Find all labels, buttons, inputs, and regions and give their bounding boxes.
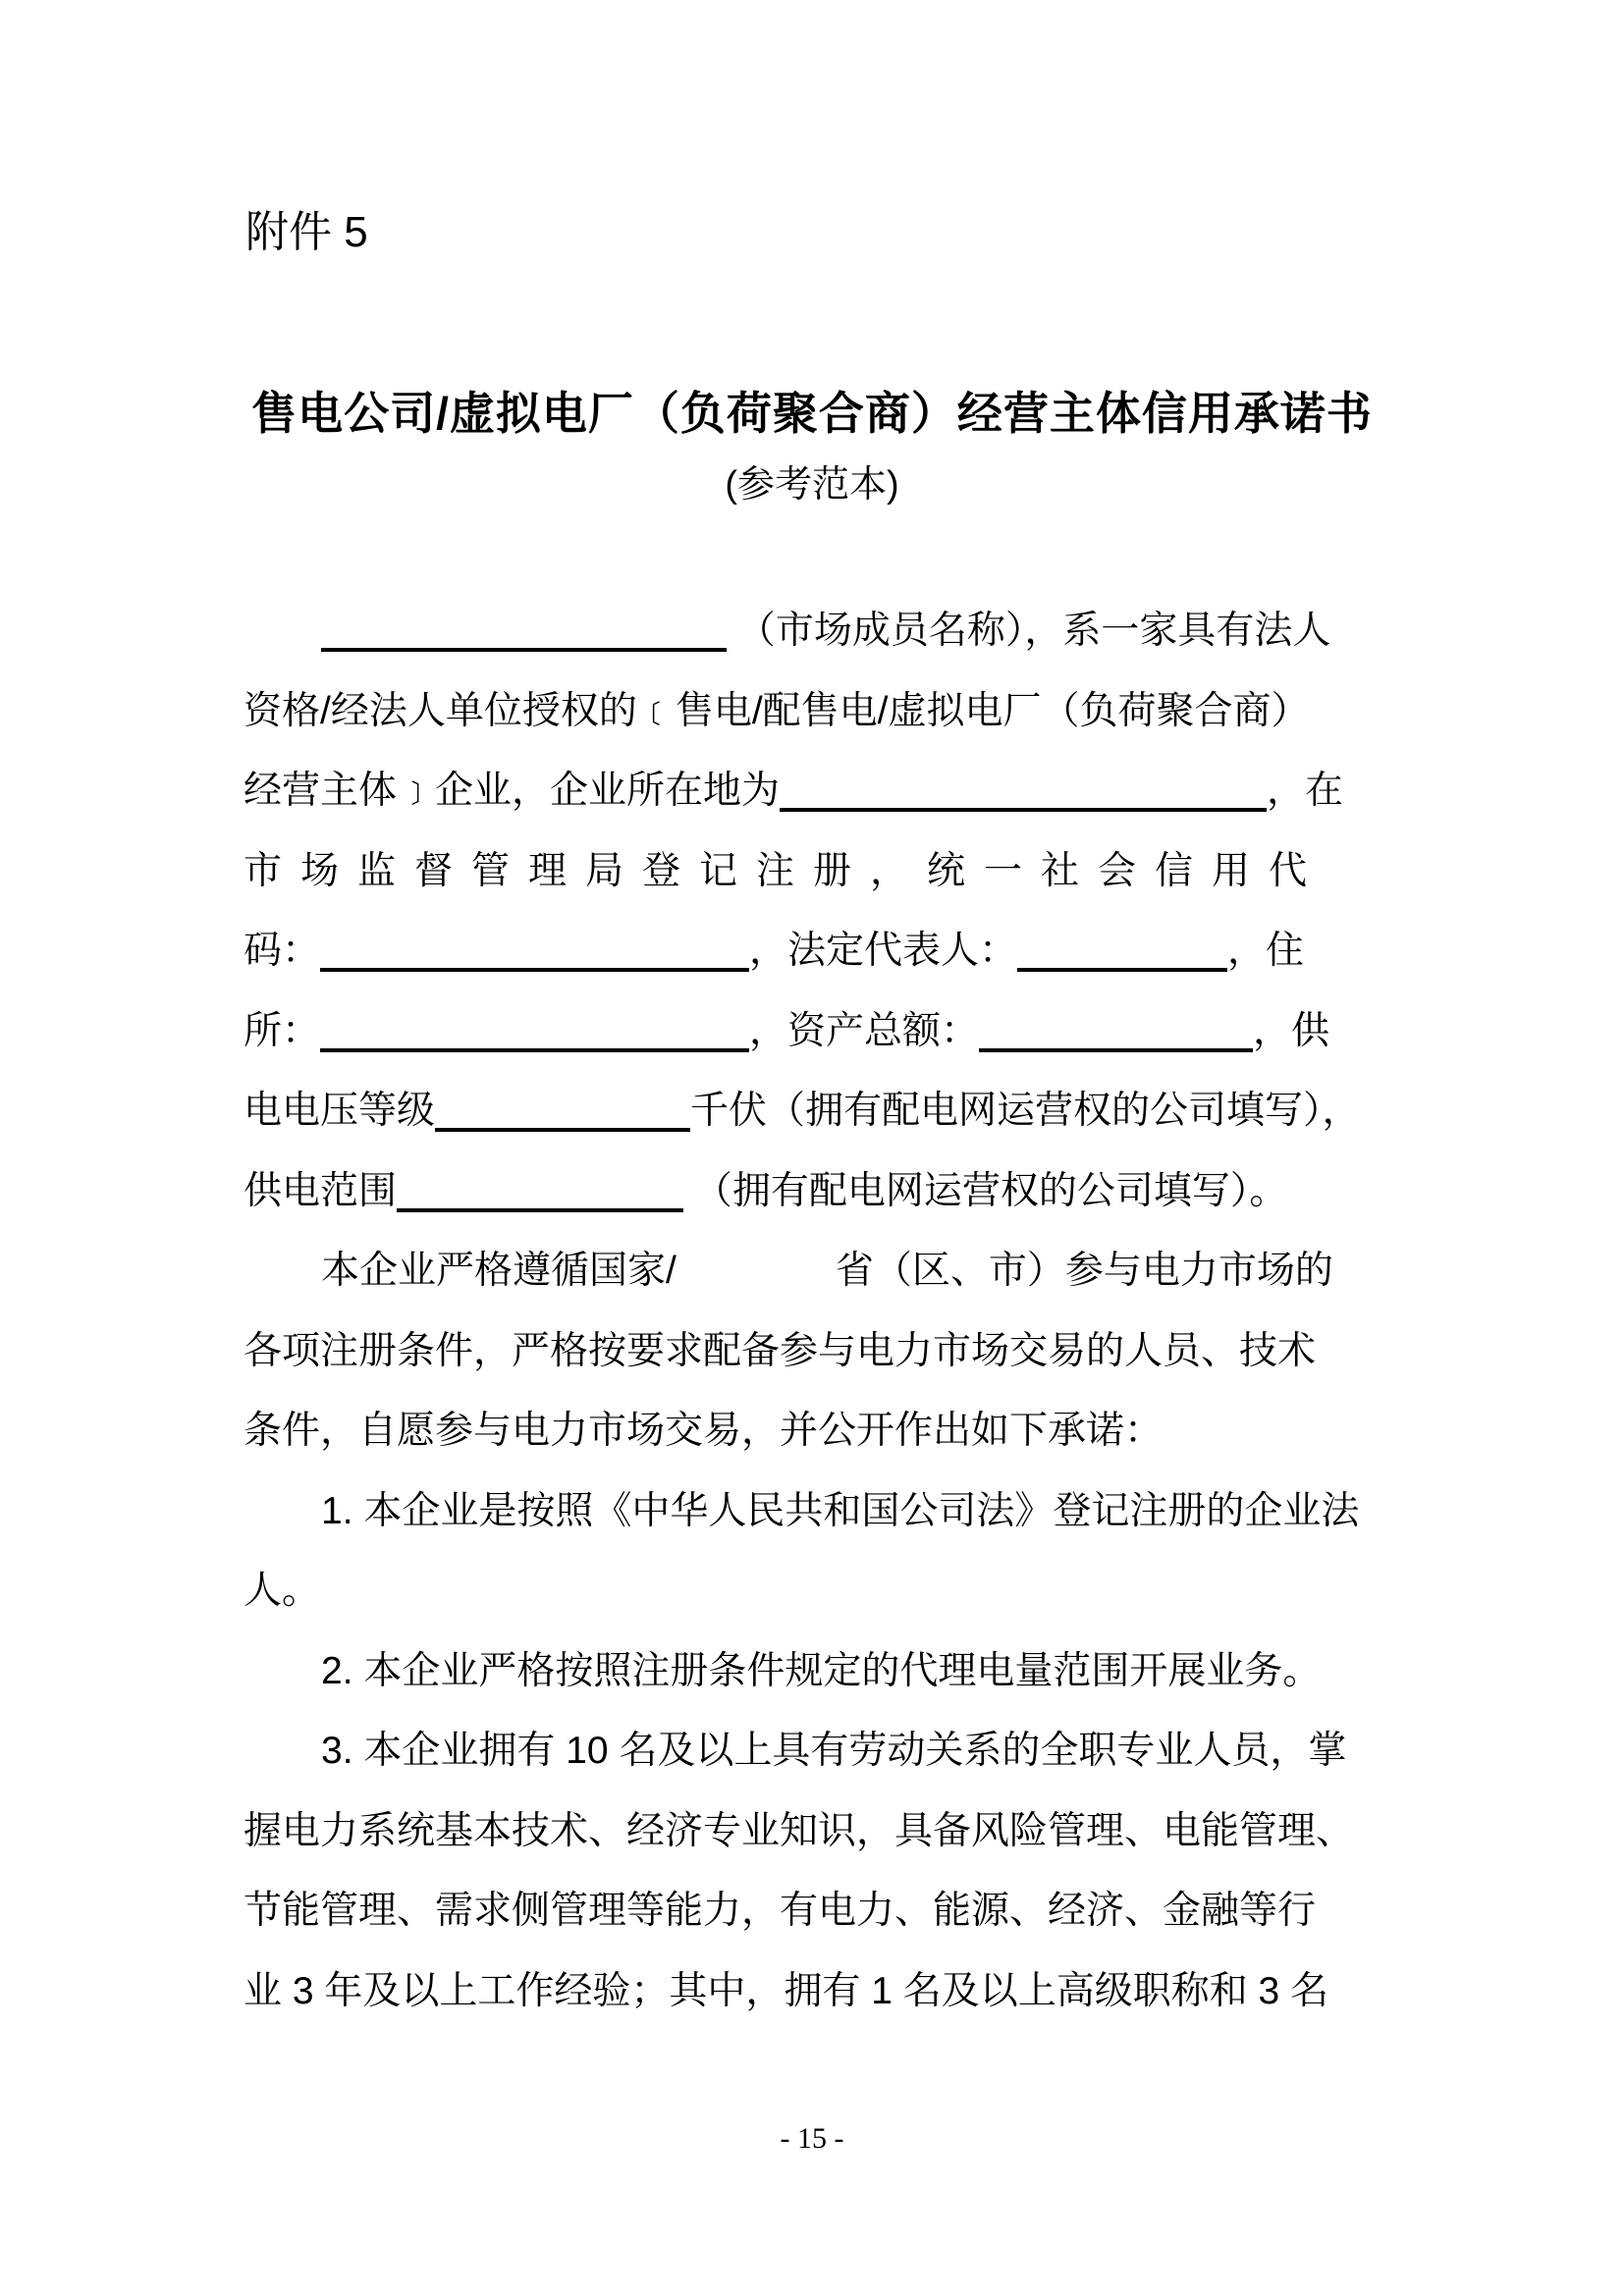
document-title: 售电公司/虚拟电厂（负荷聚合商）经营主体信用承诺书 [0, 385, 1624, 444]
body-text: 各项注册条件，严格按要求配备参与电力市场交易的人员、技术 [244, 1330, 1316, 1372]
body-line: 经营主体﹞企业，企业所在地为，在 [244, 751, 1340, 831]
body-text: ，资产总额： [749, 1010, 979, 1052]
body-text: 千伏（拥有配电网运营权的公司填写）， [690, 1090, 1361, 1132]
fill-in-blank [397, 1189, 683, 1212]
attachment-label: 附件 5 [245, 202, 368, 263]
fill-in-blank [435, 1108, 690, 1132]
body-text: 业 3 年及以上工作经验；其中，拥有 1 名及以上高级职称和 3 名 [244, 1970, 1328, 2012]
body-text: 市场监督管理局登记注册，统一社会信用代 [244, 850, 1326, 892]
body-line: 市场监督管理局登记注册，统一社会信用代 [244, 831, 1340, 912]
body-text: ，在 [1267, 770, 1343, 812]
body-text: 资格/经法人单位授权的﹝售电/配售电/虚拟电厂（负荷聚合商） [244, 690, 1310, 732]
body-line: 1. 本企业是按照《中华人民共和国公司法》登记注册的企业法 [244, 1471, 1340, 1552]
page-number: - 15 - [0, 2122, 1624, 2156]
body-text: 人。 [244, 1570, 320, 1612]
fill-in-blank [321, 628, 727, 652]
body-line: 3. 本企业拥有 10 名及以上具有劳动关系的全职专业人员，掌 [244, 1711, 1340, 1791]
body-text: 电电压等级 [244, 1090, 435, 1132]
fill-in-blank [320, 1029, 749, 1052]
document-body: （市场成员名称），系一家具有法人资格/经法人单位授权的﹝售电/配售电/虚拟电厂（… [244, 591, 1340, 2031]
body-line: （市场成员名称），系一家具有法人 [244, 591, 1340, 671]
body-text: 条件，自愿参与电力市场交易，并公开作出如下承诺： [244, 1410, 1163, 1452]
body-line: 条件，自愿参与电力市场交易，并公开作出如下承诺： [244, 1391, 1340, 1471]
body-text: 节能管理、需求侧管理等能力，有电力、能源、经济、金融等行 [244, 1890, 1316, 1932]
document-page: 附件 5 售电公司/虚拟电厂（负荷聚合商）经营主体信用承诺书 (参考范本) （市… [0, 0, 1624, 2296]
body-line: 电电压等级千伏（拥有配电网运营权的公司填写）， [244, 1071, 1340, 1151]
body-text: 2. 本企业严格按照注册条件规定的代理电量范围开展业务。 [321, 1650, 1321, 1692]
body-line: 2. 本企业严格按照注册条件规定的代理电量范围开展业务。 [244, 1631, 1340, 1712]
document-subtitle: (参考范本) [0, 461, 1624, 509]
body-text: 码： [244, 930, 320, 972]
body-text: 握电力系统基本技术、经济专业知识，具备风险管理、电能管理、 [244, 1810, 1354, 1852]
body-text: （市场成员名称），系一家具有法人 [727, 610, 1330, 652]
body-text: 供电范围 [244, 1170, 397, 1212]
body-line: 资格/经法人单位授权的﹝售电/配售电/虚拟电厂（负荷聚合商） [244, 671, 1340, 752]
body-text: ，住 [1227, 930, 1304, 972]
fill-in-blank [1017, 948, 1227, 972]
body-line: 供电范围 （拥有配电网运营权的公司填写）。 [244, 1151, 1340, 1232]
body-text: ，法定代表人： [749, 930, 1017, 972]
body-line: 业 3 年及以上工作经验；其中，拥有 1 名及以上高级职称和 3 名 [244, 1951, 1340, 2032]
body-text: 经营主体﹞企业，企业所在地为 [244, 770, 780, 812]
body-text: ，供 [1253, 1010, 1329, 1052]
body-text: 本企业严格遵循国家/ [321, 1250, 677, 1292]
body-line: 节能管理、需求侧管理等能力，有电力、能源、经济、金融等行 [244, 1871, 1340, 1951]
body-line: 本企业严格遵循国家/省（区、市）参与电力市场的 [244, 1231, 1340, 1311]
body-text: 1. 本企业是按照《中华人民共和国公司法》登记注册的企业法 [321, 1490, 1359, 1532]
body-line: 所：，资产总额：，供 [244, 991, 1340, 1072]
body-line: 握电力系统基本技术、经济专业知识，具备风险管理、电能管理、 [244, 1791, 1340, 1872]
body-line: 人。 [244, 1551, 1340, 1631]
fill-in-blank [320, 948, 749, 972]
body-text: （拥有配电网运营权的公司填写）。 [683, 1170, 1287, 1212]
body-line: 各项注册条件，严格按要求配备参与电力市场交易的人员、技术 [244, 1311, 1340, 1392]
fill-in-gap [677, 1273, 836, 1283]
body-text: 3. 本企业拥有 10 名及以上具有劳动关系的全职专业人员，掌 [321, 1730, 1346, 1772]
body-text: 所： [244, 1010, 320, 1052]
fill-in-blank [979, 1029, 1253, 1052]
body-text: 省（区、市）参与电力市场的 [836, 1250, 1333, 1292]
body-line: 码：，法定代表人：，住 [244, 911, 1340, 991]
fill-in-blank [780, 788, 1267, 812]
